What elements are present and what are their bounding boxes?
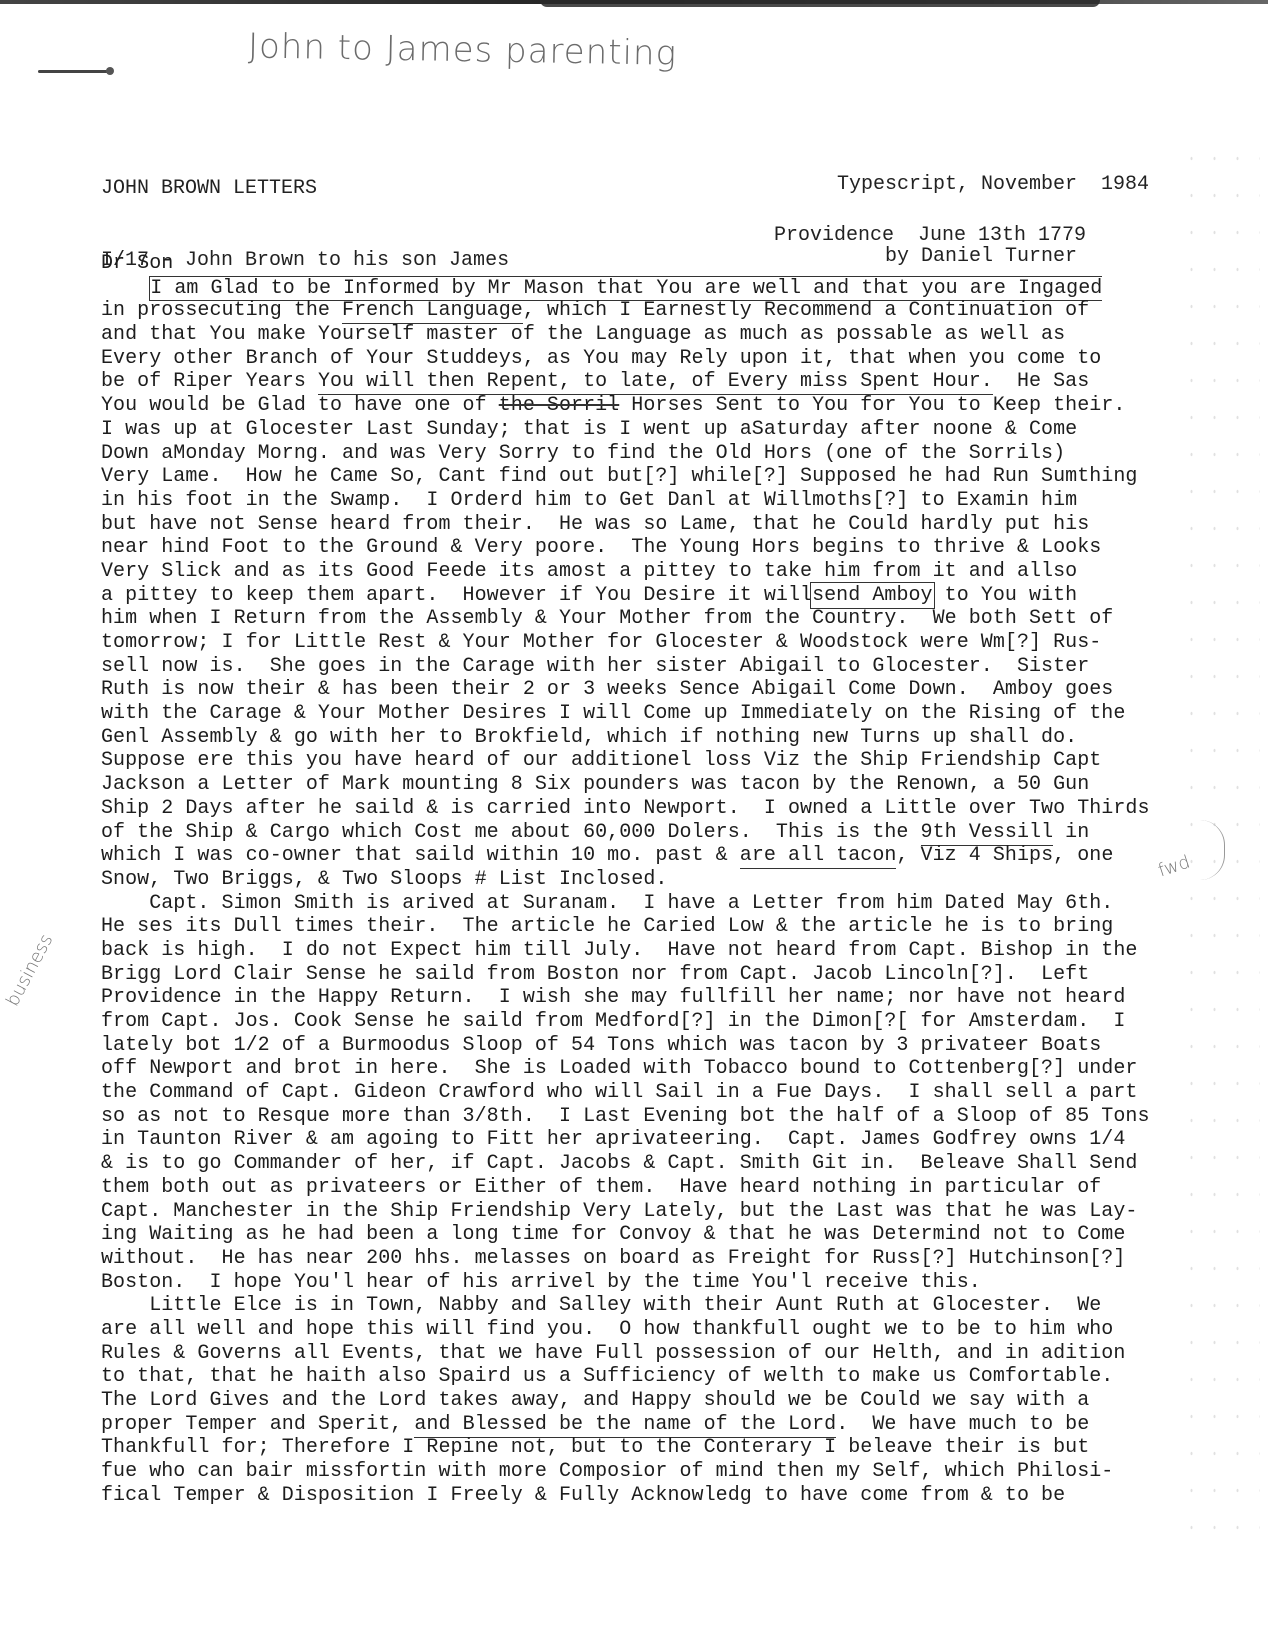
letter-line: & is to go Commander of her, if Capt. Ja… bbox=[101, 1152, 1221, 1176]
letter-line: I was up at Glocester Last Sunday; that … bbox=[101, 418, 1221, 442]
line-text: to that, that he haith also Spaird us a … bbox=[101, 1365, 1113, 1388]
line-text: near hind Foot to the Ground & Very poor… bbox=[101, 536, 1101, 559]
line-text: with the Carage & Your Mother Desires I … bbox=[101, 702, 1125, 725]
line-text: I was up at Glocester Last Sunday; that … bbox=[101, 418, 1077, 441]
boxed-passage: send Amboy bbox=[812, 584, 933, 607]
line-text: in bbox=[1053, 821, 1089, 844]
letter-line: near hind Foot to the Ground & Very poor… bbox=[101, 536, 1221, 560]
letter-line: and that You make Yourself master of the… bbox=[101, 323, 1221, 347]
underlined-passage: 9th Vessill bbox=[921, 821, 1054, 846]
letter-line: Very Slick and as its Good Feede its amo… bbox=[101, 560, 1221, 584]
underlined-passage: You will then Repent, to late, of Every … bbox=[318, 370, 993, 395]
letter-line: He ses its Dull times their. The article… bbox=[101, 915, 1221, 939]
line-text: fue who can bair missfortin with more Co… bbox=[101, 1460, 1113, 1483]
line-text: Snow, Two Briggs, & Two Sloops # List In… bbox=[101, 868, 667, 891]
line-text: Every other Branch of Your Studdeys, as … bbox=[101, 347, 1101, 370]
handwritten-title-annotation: John to James parenting bbox=[248, 26, 678, 73]
line-text: sell now is. She goes in the Carage with… bbox=[101, 655, 1089, 678]
letter-line: sell now is. She goes in the Carage with… bbox=[101, 655, 1221, 679]
letter-line: of the Ship & Cargo which Cost me about … bbox=[101, 821, 1221, 845]
line-text: without. He has near 200 hhs. melasses o… bbox=[101, 1247, 1125, 1270]
letter-line: them both out as privateers or Either of… bbox=[101, 1176, 1221, 1200]
letter-line: off Newport and brot in here. She is Loa… bbox=[101, 1057, 1221, 1081]
letter-line: Thankfull for; Therefore I Repine not, b… bbox=[101, 1436, 1221, 1460]
collection-title: JOHN BROWN LETTERS bbox=[101, 177, 509, 201]
letter-line: Capt. Manchester in the Ship Friendship … bbox=[101, 1200, 1221, 1224]
letter-line: in prossecuting the French Language, whi… bbox=[101, 299, 1221, 323]
letter-line: back is high. I do not Expect him till J… bbox=[101, 939, 1221, 963]
letter-line: but have not Sense heard from their. He … bbox=[101, 513, 1221, 537]
letter-line: Suppose ere this you have heard of our a… bbox=[101, 749, 1221, 773]
struck-passage: the Sorril bbox=[499, 394, 620, 417]
line-text: them both out as privateers or Either of… bbox=[101, 1176, 1101, 1199]
letter-line: Little Elce is in Town, Nabby and Salley… bbox=[101, 1294, 1221, 1318]
line-text: back is high. I do not Expect him till J… bbox=[101, 939, 1137, 962]
letter-line: tomorrow; I for Little Rest & Your Mothe… bbox=[101, 631, 1221, 655]
line-text: off Newport and brot in here. She is Loa… bbox=[101, 1057, 1137, 1080]
line-text: Brigg Lord Clair Sense he saild from Bos… bbox=[101, 963, 1089, 986]
indent bbox=[101, 277, 149, 300]
letter-line: I am Glad to be Informed by Mr Mason tha… bbox=[101, 276, 1221, 300]
letter-line: proper Temper and Sperit, and Blessed be… bbox=[101, 1413, 1221, 1437]
letter-line: Rules & Governs all Events, that we have… bbox=[101, 1342, 1221, 1366]
line-text: Ship 2 Days after he saild & is carried … bbox=[101, 797, 1150, 820]
underlined-passage: and Blessed be the name of the Lord bbox=[414, 1413, 836, 1438]
letter-line: ing Waiting as he had been a long time f… bbox=[101, 1223, 1221, 1247]
line-text: be of Riper Years bbox=[101, 370, 318, 393]
line-text: in his foot in the Swamp. I Orderd him t… bbox=[101, 489, 1077, 512]
letter-body: Dr Son I am Glad to be Informed by Mr Ma… bbox=[101, 252, 1221, 1507]
line-text: lately bot 1/2 of a Burmoodus Sloop of 5… bbox=[101, 1034, 1101, 1057]
line-text: , which I Earnestly Recommend a Continua… bbox=[523, 299, 1089, 322]
letter-line: You would be Glad to have one of the Sor… bbox=[101, 394, 1221, 418]
letter-line: Jackson a Letter of Mark mounting 8 Six … bbox=[101, 773, 1221, 797]
line-text: proper Temper and Sperit, bbox=[101, 1413, 414, 1436]
line-text: Boston. I hope You'l hear of his arrivel… bbox=[101, 1271, 981, 1294]
line-text: Jackson a Letter of Mark mounting 8 Six … bbox=[101, 773, 1089, 796]
line-text: , Viz 4 Ships, one bbox=[896, 844, 1113, 867]
line-text: of the Ship & Cargo which Cost me about … bbox=[101, 821, 921, 844]
letter-line: be of Riper Years You will then Repent, … bbox=[101, 370, 1221, 394]
letter-line: in Taunton River & am agoing to Fitt her… bbox=[101, 1128, 1221, 1152]
letter-line: with the Carage & Your Mother Desires I … bbox=[101, 702, 1221, 726]
letter-line: from Capt. Jos. Cook Sense he saild from… bbox=[101, 1010, 1221, 1034]
bracketed-passage: I am Glad to be Informed by Mr Mason tha… bbox=[149, 276, 1102, 302]
letter-line: so as not to Resque more than 3/8th. I L… bbox=[101, 1105, 1221, 1129]
underlined-passage: French Language bbox=[342, 299, 523, 324]
line-text: so as not to Resque more than 3/8th. I L… bbox=[101, 1105, 1150, 1128]
line-text: in prossecuting the bbox=[101, 299, 342, 322]
letter-line: to that, that he haith also Spaird us a … bbox=[101, 1365, 1221, 1389]
letter-line: fical Temper & Disposition I Freely & Fu… bbox=[101, 1484, 1221, 1508]
line-text: Genl Assembly & go with her to Brokfield… bbox=[101, 726, 1077, 749]
line-text: Very Lame. How he Came So, Cant find out… bbox=[101, 465, 1137, 488]
pin-mark bbox=[38, 70, 110, 73]
letter-line: Boston. I hope You'l hear of his arrivel… bbox=[101, 1271, 1221, 1295]
line-text: Rules & Governs all Events, that we have… bbox=[101, 1342, 1125, 1365]
line-text: Providence in the Happy Return. I wish s… bbox=[101, 986, 1125, 1009]
letter-line: Providence in the Happy Return. I wish s… bbox=[101, 986, 1221, 1010]
line-text: in Taunton River & am agoing to Fitt her… bbox=[101, 1128, 1125, 1151]
letter-line: The Lord Gives and the Lord takes away, … bbox=[101, 1389, 1221, 1413]
letter-line: Ship 2 Days after he saild & is carried … bbox=[101, 797, 1221, 821]
line-text: Capt. Manchester in the Ship Friendship … bbox=[101, 1200, 1137, 1223]
line-text: to You with bbox=[933, 584, 1078, 607]
letter-line: lately bot 1/2 of a Burmoodus Sloop of 5… bbox=[101, 1034, 1221, 1058]
letter-line: Very Lame. How he Came So, Cant find out… bbox=[101, 465, 1221, 489]
page-top-shadow bbox=[540, 0, 1100, 7]
line-text: ing Waiting as he had been a long time f… bbox=[101, 1223, 1125, 1246]
letter-line: without. He has near 200 hhs. melasses o… bbox=[101, 1247, 1221, 1271]
letter-line: him when I Return from the Assembly & Yo… bbox=[101, 607, 1221, 631]
line-text: Down aMonday Morng. and was Very Sorry t… bbox=[101, 442, 1065, 465]
letter-line: Every other Branch of Your Studdeys, as … bbox=[101, 347, 1221, 371]
line-text: Horses Sent to You for You to Keep their… bbox=[619, 394, 1125, 417]
line-text: the Command of Capt. Gideon Crawford who… bbox=[101, 1081, 1137, 1104]
line-text: Little Elce is in Town, Nabby and Salley… bbox=[101, 1294, 1101, 1317]
handwritten-margin-note-business: business bbox=[2, 931, 57, 1010]
line-text: a pittey to keep them apart. However if … bbox=[101, 584, 812, 607]
letter-line: which I was co-owner that saild within 1… bbox=[101, 844, 1221, 868]
letter-line: the Command of Capt. Gideon Crawford who… bbox=[101, 1081, 1221, 1105]
underlined-passage: are all tacon bbox=[740, 844, 897, 869]
line-text: & is to go Commander of her, if Capt. Ja… bbox=[101, 1152, 1137, 1175]
line-text: Capt. Simon Smith is arived at Suranam. … bbox=[101, 892, 1113, 915]
letter-line: Brigg Lord Clair Sense he saild from Bos… bbox=[101, 963, 1221, 987]
letter-line: Snow, Two Briggs, & Two Sloops # List In… bbox=[101, 868, 1221, 892]
line-text: He ses its Dull times their. The article… bbox=[101, 915, 1113, 938]
line-text: and that You make Yourself master of the… bbox=[101, 323, 1065, 346]
line-text: from Capt. Jos. Cook Sense he saild from… bbox=[101, 1010, 1125, 1033]
letter-place-date: Providence June 13th 1779 bbox=[774, 224, 1086, 247]
line-text: Suppose ere this you have heard of our a… bbox=[101, 749, 1101, 772]
letter-line: Genl Assembly & go with her to Brokfield… bbox=[101, 726, 1221, 750]
line-text: but have not Sense heard from their. He … bbox=[101, 513, 1089, 536]
letter-line: Ruth is now their & has been their 2 or … bbox=[101, 678, 1221, 702]
line-text: are all well and hope this will find you… bbox=[101, 1318, 1113, 1341]
typescript-date: Typescript, November 1984 bbox=[837, 173, 1149, 197]
line-text: fical Temper & Disposition I Freely & Fu… bbox=[101, 1484, 1065, 1507]
letter-line: are all well and hope this will find you… bbox=[101, 1318, 1221, 1342]
line-text: . We have much to be bbox=[836, 1413, 1089, 1436]
line-text: Very Slick and as its Good Feede its amo… bbox=[101, 560, 1077, 583]
letter-lines: I am Glad to be Informed by Mr Mason tha… bbox=[101, 276, 1221, 1508]
line-text: The Lord Gives and the Lord takes away, … bbox=[101, 1389, 1089, 1412]
line-text: tomorrow; I for Little Rest & Your Mothe… bbox=[101, 631, 1101, 654]
line-text: You would be Glad to have one of bbox=[101, 394, 499, 417]
salutation: Dr Son bbox=[101, 252, 1221, 276]
line-text: him when I Return from the Assembly & Yo… bbox=[101, 607, 1113, 630]
letter-line: a pittey to keep them apart. However if … bbox=[101, 584, 1221, 608]
line-text: He Sas bbox=[993, 370, 1089, 393]
letter-line: in his foot in the Swamp. I Orderd him t… bbox=[101, 489, 1221, 513]
letter-line: fue who can bair missfortin with more Co… bbox=[101, 1460, 1221, 1484]
letter-line: Capt. Simon Smith is arived at Suranam. … bbox=[101, 892, 1221, 916]
line-text: Ruth is now their & has been their 2 or … bbox=[101, 678, 1113, 701]
line-text: which I was co-owner that saild within 1… bbox=[101, 844, 740, 867]
line-text: Thankfull for; Therefore I Repine not, b… bbox=[101, 1436, 1089, 1459]
letter-line: Down aMonday Morng. and was Very Sorry t… bbox=[101, 442, 1221, 466]
